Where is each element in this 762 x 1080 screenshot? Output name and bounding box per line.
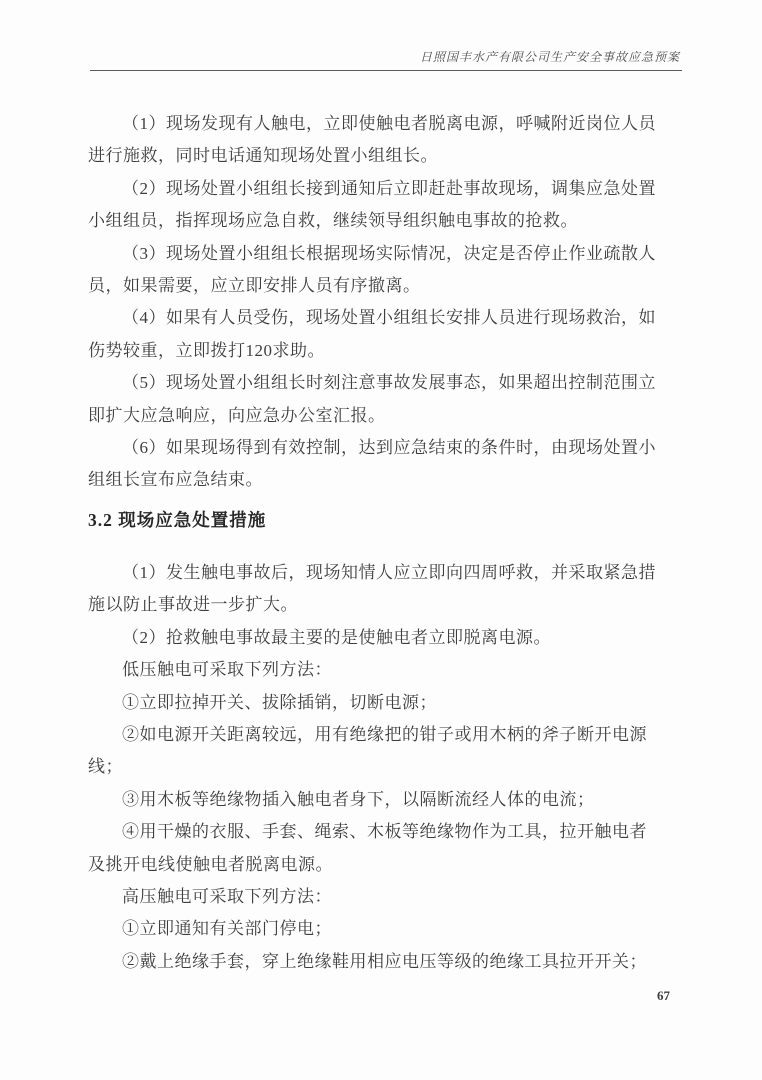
paragraph-line: 高压触电可采取下列方法：	[88, 881, 686, 913]
list-item-line: ②戴上绝缘手套，穿上绝缘鞋用相应电压等级的绝缘工具拉开开关；	[88, 946, 686, 978]
paragraph-line: 员，如果需要，应立即安排人员有序撤离。	[88, 270, 686, 302]
paragraph-line: （1）现场发现有人触电，立即使触电者脱离电源，呼喊附近岗位人员	[88, 108, 686, 140]
paragraph-line: 小组组员，指挥现场应急自救，继续领导组织触电事故的抢救。	[88, 205, 686, 237]
paragraph-line: 组组长宣布应急结束。	[88, 464, 686, 496]
header-rule	[90, 70, 682, 71]
paragraph-line: （2）现场处置小组组长接到通知后立即赶赴事故现场，调集应急处置	[88, 173, 686, 205]
paragraph-line: 即扩大应急响应，向应急办公室汇报。	[88, 400, 686, 432]
page-number: 67	[657, 988, 670, 1004]
list-item-line: ②如电源开关距离较远，用有绝缘把的钳子或用木柄的斧子断开电源	[88, 719, 686, 751]
running-header-title: 日照国丰水产有限公司生产安全事故应急预案	[420, 48, 680, 65]
list-item-line: ①立即拉掉开关、拔除插销，切断电源；	[88, 687, 686, 719]
paragraph-line: （6）如果现场得到有效控制，达到应急结束的条件时，由现场处置小	[88, 432, 686, 464]
list-item-line: ④用干燥的衣服、手套、绳索、木板等绝缘物作为工具，拉开触电者	[88, 816, 686, 848]
paragraph-line: 施以防止事故进一步扩大。	[88, 589, 686, 621]
section-heading: 3.2 现场应急处置措施	[88, 505, 686, 535]
paragraph-line: （2）抢救触电事故最主要的是使触电者立即脱离电源。	[88, 622, 686, 654]
list-item-line: ①立即通知有关部门停电；	[88, 913, 686, 945]
paragraph-line: （3）现场处置小组组长根据现场实际情况，决定是否停止作业疏散人	[88, 238, 686, 270]
paragraph-line: 低压触电可采取下列方法：	[88, 654, 686, 686]
document-page: 日照国丰水产有限公司生产安全事故应急预案 （1）现场发现有人触电，立即使触电者脱…	[0, 0, 762, 1080]
list-item-line: 线；	[88, 751, 686, 783]
paragraph-line: （1）发生触电事故后，现场知情人应立即向四周呼救，并采取紧急措	[88, 557, 686, 589]
paragraph-line: 伤势较重，立即拨打120求助。	[88, 335, 686, 367]
list-item-line: ③用木板等绝缘物插入触电者身下，以隔断流经人体的电流；	[88, 784, 686, 816]
paragraph-line: （5）现场处置小组组长时刻注意事故发展事态，如果超出控制范围立	[88, 367, 686, 399]
paragraph-line: 进行施救，同时电话通知现场处置小组组长。	[88, 140, 686, 172]
list-item-line: 及挑开电线使触电者脱离电源。	[88, 849, 686, 881]
document-body: （1）现场发现有人触电，立即使触电者脱离电源，呼喊附近岗位人员 进行施救，同时电…	[88, 108, 686, 978]
paragraph-line: （4）如果有人员受伤，现场处置小组组长安排人员进行现场救治，如	[88, 302, 686, 334]
